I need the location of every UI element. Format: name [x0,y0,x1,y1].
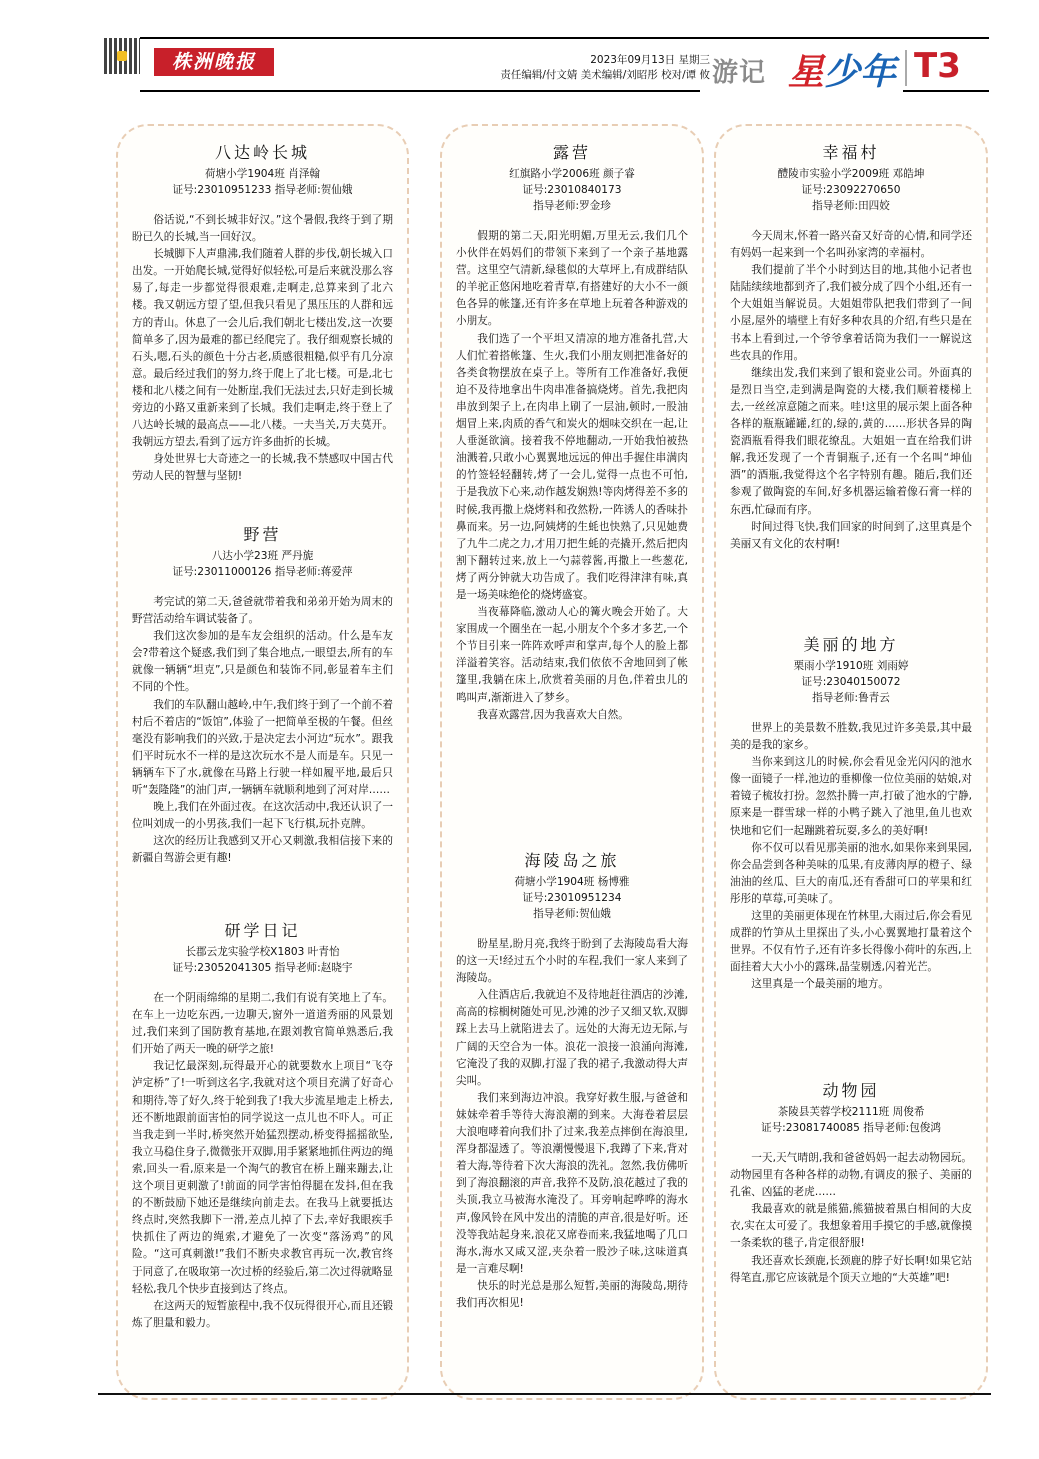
article-body: 盼星星,盼月亮,我终于盼到了去海陵岛看大海的这一天!经过五个小时的车程,我们一家… [442,936,702,1312]
article-author: 茶陵县芙蓉学校2111班 周俊希 [716,1104,986,1120]
paragraph: 一天,天气晴朗,我和爸爸妈妈一起去动物园玩。动物园里有各种各样的动物,有调皮的猴… [730,1150,972,1201]
paragraph: 当你来到这儿的时候,你会看见金光闪闪的池水像一面镜子一样,池边的垂柳像一位位美丽… [730,754,972,839]
column-right: 幸福村 醴陵市实验小学2009班 邓皓坤 证号:23092270650 指导老师… [714,124,988,1400]
paragraph: 在一个阴雨绵绵的星期二,我们有说有笑地上了车。在车上一边吃东西,一边聊天,窗外一… [132,990,393,1058]
article-zoo: 动物园 茶陵县芙蓉学校2111班 周俊希 证号:23081740085 指导老师… [716,1078,986,1287]
article-body: 考完试的第二天,爸爸就带着我和弟弟开始为周末的野营活动给车调试装备了。 我们这次… [118,594,407,868]
article-teacher: 指导老师:罗金珍 [442,198,702,214]
article-title: 露营 [442,140,702,163]
qr-code-icon [104,38,140,74]
article-author: 荷塘小学1904班 肖泽翰 [118,166,407,182]
article-study-diary: 研学日记 长郡云龙实验学校X1803 叶青怡 证号:23052041305 指导… [118,918,407,1332]
paragraph: 继续出发,我们来到了银和瓷业公司。外面真的是烈日当空,走到满是陶瓷的大楼,我们顺… [730,365,972,519]
paragraph: 我们的车队翻山越岭,中午,我们终于到了一个前不着村后不着店的“饭馆”,体验了一把… [132,697,393,800]
section-name: 游记 [712,52,766,89]
article-body: 俗话说,“不到长城非好汉。”这个暑假,我终于到了期盼已久的长城,当一回好汉。 长… [118,212,407,486]
paragraph: 假期的第二天,阳光明媚,万里无云,我们几个小伙伴在妈妈们的带领下来到了一个亲子基… [456,228,688,331]
article-happy-village: 幸福村 醴陵市实验小学2009班 邓皓坤 证号:23092270650 指导老师… [716,140,986,553]
paragraph: 这次的经历让我感到又开心又刺激,我相信接下来的新疆自驾游会更有趣! [132,833,393,867]
brand-part-youth: 少年 [824,52,896,93]
paragraph: 入住酒店后,我就迫不及待地赶往酒店的沙滩,高高的棕榈树随处可见,沙滩的沙子又细又… [456,987,688,1090]
article-badaling: 八达岭长城 荷塘小学1904班 肖泽翰 证号:23010951233 指导老师:… [118,140,407,486]
paragraph: 这里的美丽更体现在竹林里,大雨过后,你会看见成群的竹笋从土里探出了头,小心翼翼地… [730,908,972,976]
article-cert: 证号:23092270650 [716,182,986,198]
paragraph: 我们来到海边冲浪。我穿好救生服,与爸爸和妹妹牵着手等待大海浪潮的到来。大海卷着层… [456,1090,688,1278]
paragraph: 你不仅可以看见那美丽的池水,如果你来到果园,你会品尝到各种美味的瓜果,有皮薄肉厚… [730,840,972,908]
footer-rule [98,1393,991,1395]
article-cert: 证号:23010951234 [442,890,702,906]
paragraph: 当夜幕降临,激动人心的篝火晚会开始了。大家围成一个圈坐在一起,小朋友个个多才多艺… [456,604,688,707]
paragraph: 今天周末,怀着一路兴奋又好奇的心情,和同学还有妈妈一起来到一个名叫孙家湾的幸福村… [730,228,972,262]
paragraph: 我们提前了半个小时到达目的地,其他小记者也陆陆续续地都到齐了,我们被分成了四个小… [730,262,972,365]
article-outdoor-camping: 露营 红旗路小学2006班 颜子睿 证号:23010840173 指导老师:罗金… [442,140,702,724]
article-title: 动物园 [716,1078,986,1101]
paragraph: 俗话说,“不到长城非好汉。”这个暑假,我终于到了期盼已久的长城,当一回好汉。 [132,212,393,246]
paragraph: 我们选了一个平坦又清凉的地方准备扎营,大人们忙着搭帐篷、生火,我们小朋友则把准备… [456,331,688,605]
article-body: 世界上的美景数不胜数,我见过许多美景,其中最美的是我的家乡。 当你来到这儿的时候… [716,720,986,994]
article-title: 八达岭长城 [118,140,407,163]
article-title: 幸福村 [716,140,986,163]
article-cert: 证号:23010840173 [442,182,702,198]
paragraph: 我最喜欢的就是熊猫,熊猫披着黑白相间的大皮衣,实在太可爱了。我想象着用手摸它的手… [730,1201,972,1252]
article-author: 荷塘小学1904班 杨博雅 [442,874,702,890]
article-hailing-island: 海陵岛之旅 荷塘小学1904班 杨博雅 证号:23010951234 指导老师:… [442,848,702,1312]
article-body: 假期的第二天,阳光明媚,万里无云,我们几个小伙伴在妈妈们的带领下来到了一个亲子基… [442,228,702,724]
paragraph: 这里真是一个最美丽的地方。 [730,976,972,993]
paragraph: 盼星星,盼月亮,我终于盼到了去海陵岛看大海的这一天!经过五个小时的车程,我们一家… [456,936,688,987]
header-rule-top [140,37,989,39]
issue-date: 2023年09月13日 星期三 [520,52,710,67]
article-author: 八达小学23班 严丹旎 [118,548,407,564]
article-cert: 证号:23052041305 指导老师:赵晓宇 [118,960,407,976]
article-cert: 证号:23011000126 指导老师:蒋爱萍 [118,564,407,580]
article-beautiful-place: 美丽的地方 栗雨小学1910班 刘雨婷 证号:23040150072 指导老师:… [716,632,986,994]
column-left: 八达岭长城 荷塘小学1904班 肖泽翰 证号:23010951233 指导老师:… [116,124,409,1400]
newspaper-logo: 株洲晚报 [154,48,274,76]
paragraph: 我喜欢露营,因为我喜欢大自然。 [456,707,688,724]
article-title: 野营 [118,522,407,545]
paragraph: 在这两天的短暂旅程中,我不仅玩得很开心,而且还锻炼了胆量和毅力。 [132,1298,393,1332]
paragraph: 我们这次参加的是车友会组织的活动。什么是车友会?带着这个疑惑,我们到了集合地点,… [132,628,393,696]
article-author: 栗雨小学1910班 刘雨婷 [716,658,986,674]
paragraph: 身处世界七大奇迹之一的长城,我不禁感叹中国古代劳动人民的智慧与坚韧! [132,451,393,485]
article-camping: 野营 八达小学23班 严丹旎 证号:23011000126 指导老师:蒋爱萍 考… [118,522,407,868]
article-body: 一天,天气晴朗,我和爸爸妈妈一起去动物园玩。动物园里有各种各样的动物,有调皮的猴… [716,1150,986,1287]
paragraph: 考完试的第二天,爸爸就带着我和弟弟开始为周末的野营活动给车调试装备了。 [132,594,393,628]
article-cert: 证号:23081740085 指导老师:包俊鸿 [716,1120,986,1136]
article-cert: 证号:23040150072 [716,674,986,690]
article-body: 今天周末,怀着一路兴奋又好奇的心情,和同学还有妈妈一起来到一个名叫孙家湾的幸福村… [716,228,986,553]
article-author: 醴陵市实验小学2009班 邓皓坤 [716,166,986,182]
paragraph: 我还喜欢长颈鹿,长颈鹿的脖子好长啊!如果它站得笔直,那它应该就是个顶天立地的“大… [730,1253,972,1287]
header-rule-bottom-right [903,90,989,92]
article-author: 红旗路小学2006班 颜子睿 [442,166,702,182]
article-author: 长郡云龙实验学校X1803 叶青怡 [118,944,407,960]
article-body: 在一个阴雨绵绵的星期二,我们有说有笑地上了车。在车上一边吃东西,一边聊天,窗外一… [118,990,407,1332]
article-teacher: 指导老师:鲁青云 [716,690,986,706]
header-divider [905,50,907,86]
brand-part-star: 星 [788,52,824,93]
page-header: 株洲晚报 2023年09月13日 星期三 责任编辑/付文婧 美术编辑/刘昭彤 校… [0,0,1039,110]
paragraph: 我记忆最深刻,玩得最开心的就要数水上项目“飞夺泸定桥”了!一听到这名字,我就对这… [132,1058,393,1297]
column-middle: 露营 红旗路小学2006班 颜子睿 证号:23010840173 指导老师:罗金… [440,124,704,1400]
editor-credits: 责任编辑/付文婧 美术编辑/刘昭彤 校对/谭 攸 [430,67,710,82]
brand-logo: 星少年 [788,44,896,95]
paragraph: 世界上的美景数不胜数,我见过许多美景,其中最美的是我的家乡。 [730,720,972,754]
article-title: 研学日记 [118,918,407,941]
paragraph: 时间过得飞快,我们回家的时间到了,这里真是个美丽又有文化的农村啊! [730,519,972,553]
paragraph: 晚上,我们在外面过夜。在这次活动中,我还认识了一位叫刘成一的小男孩,我们一起下飞… [132,799,393,833]
article-title: 海陵岛之旅 [442,848,702,871]
header-rule-bottom [140,90,700,92]
article-title: 美丽的地方 [716,632,986,655]
article-teacher: 指导老师:贺仙娥 [442,906,702,922]
page-number: T3 [914,46,961,86]
paragraph: 快乐的时光总是那么短暂,美丽的海陵岛,期待我们再次相见! [456,1278,688,1312]
article-cert: 证号:23010951233 指导老师:贺仙娥 [118,182,407,198]
paragraph: 长城脚下人声鼎沸,我们随着人群的步伐,朝长城入口出发。一开始爬长城,觉得好似轻松… [132,246,393,451]
article-teacher: 指导老师:田四姣 [716,198,986,214]
